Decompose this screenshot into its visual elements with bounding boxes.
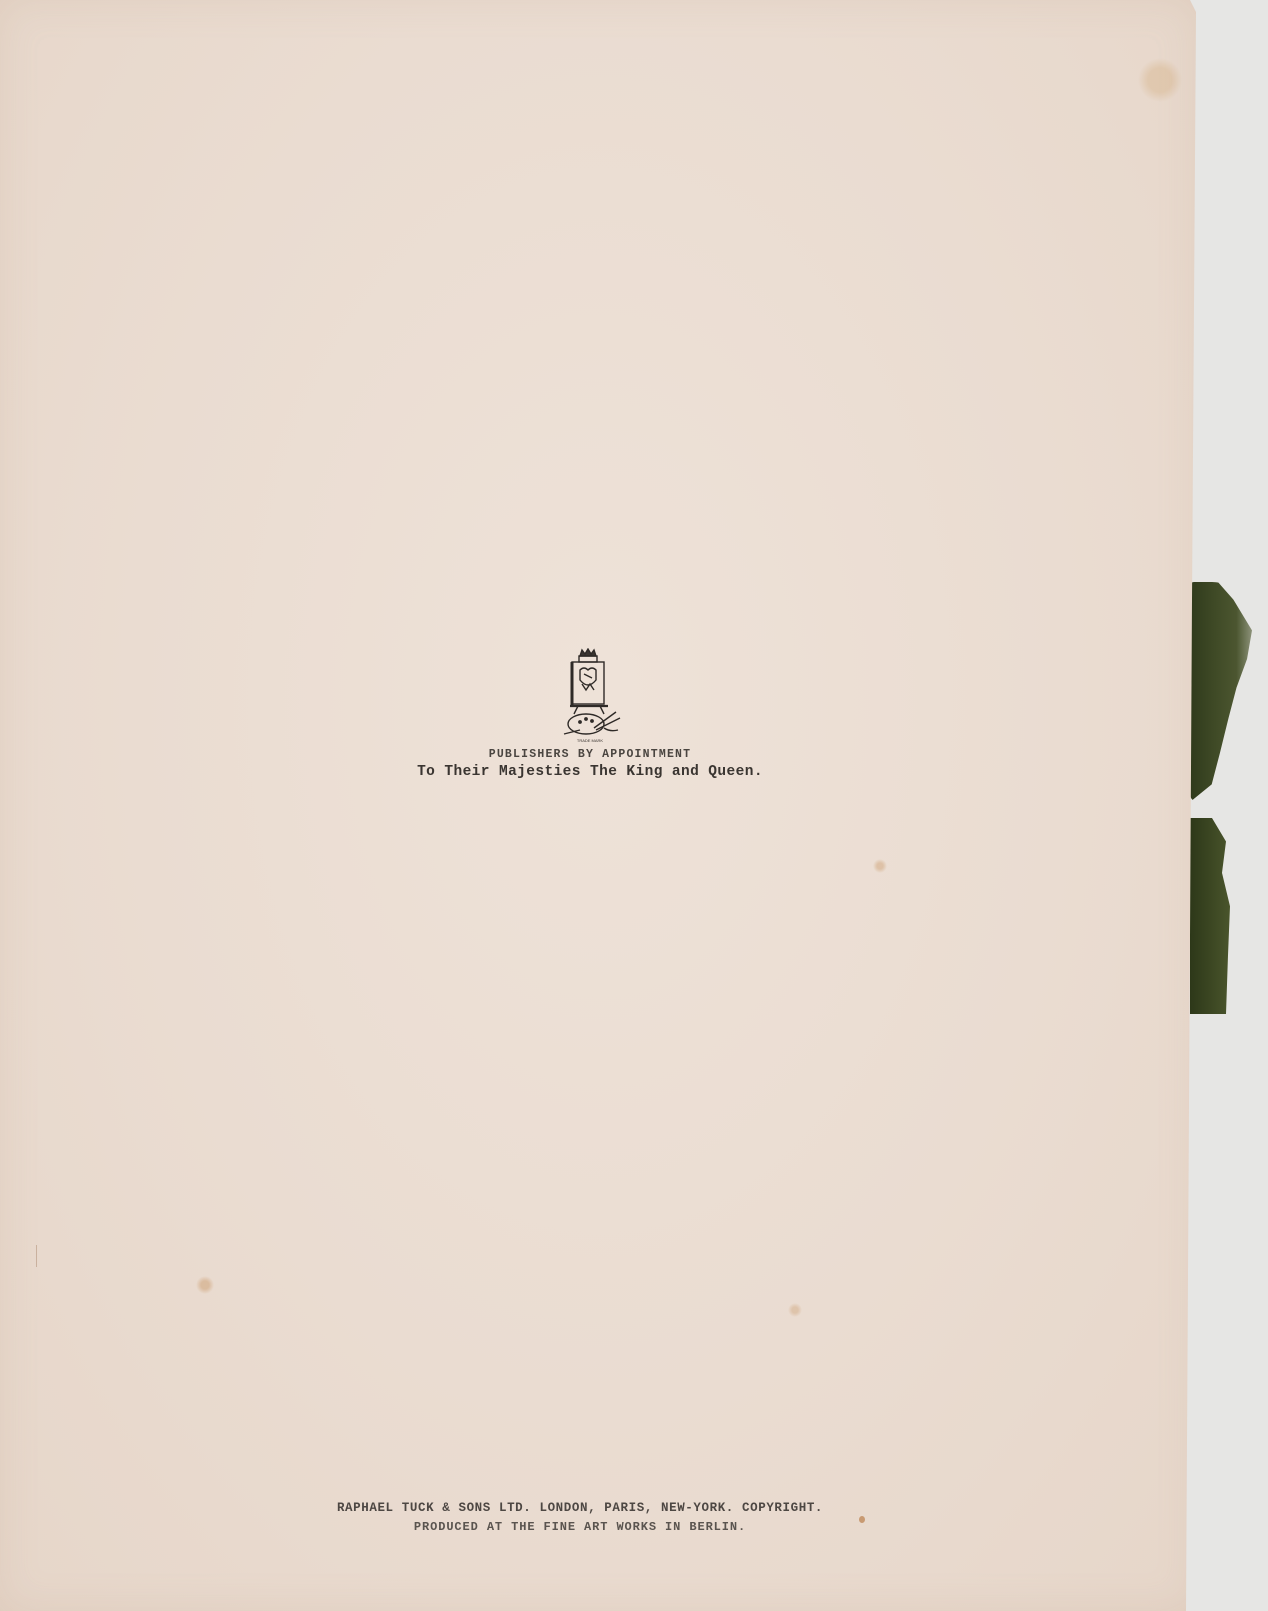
- majesties-text: To Their Majesties The King and Queen.: [380, 764, 800, 780]
- green-ribbon-upper: [1190, 582, 1252, 802]
- paper-mark: [36, 1245, 37, 1267]
- green-ribbon-lower: [1190, 818, 1230, 1014]
- trademark-caption: TRADE MARK: [577, 738, 604, 743]
- stain-dot: [859, 1516, 865, 1523]
- publisher-appointment-block: TRADE MARK PUBLISHERS BY APPOINTMENT To …: [380, 648, 800, 780]
- publisher-imprint: RAPHAEL TUCK & SONS LTD. LONDON, PARIS, …: [260, 1501, 900, 1534]
- easel-palette-trademark-icon: TRADE MARK: [550, 648, 630, 744]
- imprint-line-production: PRODUCED AT THE FINE ART WORKS IN BERLIN…: [260, 1520, 900, 1534]
- publishers-by-appointment-text: PUBLISHERS BY APPOINTMENT: [380, 748, 800, 761]
- imprint-line-company: RAPHAEL TUCK & SONS LTD. LONDON, PARIS, …: [260, 1501, 900, 1515]
- card-back: TRADE MARK PUBLISHERS BY APPOINTMENT To …: [0, 0, 1196, 1611]
